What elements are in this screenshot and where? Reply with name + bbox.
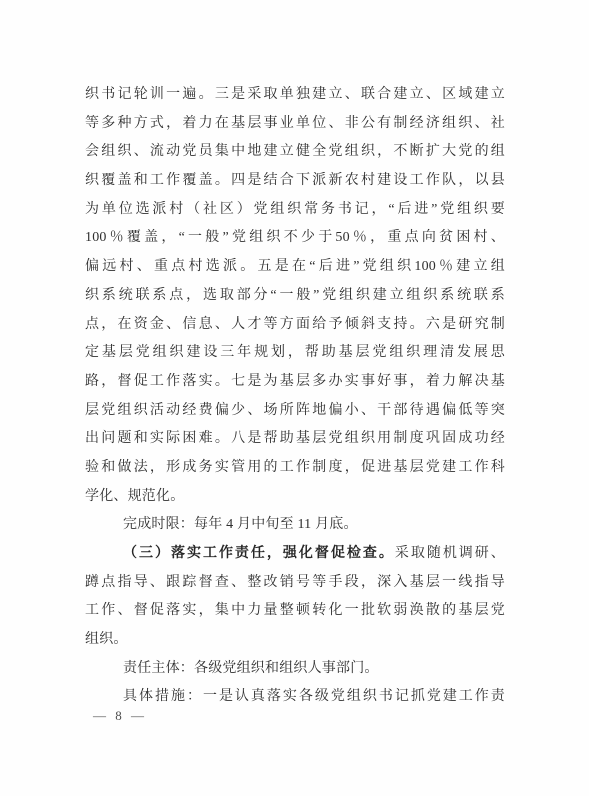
text-line: 100％覆盖，“一般”党组织不少于50％，重点向贫困村、: [85, 224, 505, 253]
text-line: 学化、规范化。: [85, 483, 505, 512]
text-line: 会组织、流动党员集中地建立健全党组织，不断扩大党的组: [85, 138, 505, 167]
text-line: 为单位选派村（社区）党组织常务书记，“后进”党组织要: [85, 196, 505, 225]
text-line: 路，督促工作落实。七是为基层多办实事好事，着力解决基: [85, 368, 505, 397]
specific-measures-line: 具体措施：一是认真落实各级党组织书记抓党建工作责: [85, 683, 505, 712]
completion-deadline-line: 完成时限：每年 4 月中旬至 11 月底。: [85, 511, 505, 540]
text-line: 蹲点指导、跟踪督查、整改销号等手段，深入基层一线指导: [85, 569, 505, 598]
text-line: 组织。: [85, 626, 505, 655]
section-heading: （三）落实工作责任，强化督促检查。: [123, 546, 395, 561]
text-line: 等多种方式，着力在基层事业单位、非公有制经济组织、社: [85, 110, 505, 139]
document-page: 织书记轮训一遍。三是采取单独建立、联合建立、区域建立 等多种方式，着力在基层事业…: [0, 0, 589, 796]
section-heading-rest: 采取随机调研、: [395, 546, 505, 561]
document-body: 织书记轮训一遍。三是采取单独建立、联合建立、区域建立 等多种方式，着力在基层事业…: [85, 81, 505, 712]
text-line: 点，在资金、信息、人才等方面给予倾斜支持。六是研究制: [85, 311, 505, 340]
page-number: — 8 —: [93, 706, 147, 726]
text-line: 验和做法，形成务实管用的工作制度，促进基层党建工作科: [85, 454, 505, 483]
text-line: 织系统联系点，选取部分“一般”党组织建立组织系统联系: [85, 282, 505, 311]
text-line: 出问题和实际困难。八是帮助基层党组织用制度巩固成功经: [85, 425, 505, 454]
text-line: 织覆盖和工作覆盖。四是结合下派新农村建设工作队，以县: [85, 167, 505, 196]
text-line: 工作、督促落实，集中力量整顿转化一批软弱涣散的基层党: [85, 597, 505, 626]
text-line: 定基层党组织建设三年规划，帮助基层党组织理清发展思: [85, 339, 505, 368]
text-line: 织书记轮训一遍。三是采取单独建立、联合建立、区域建立: [85, 81, 505, 110]
responsible-party-line: 责任主体：各级党组织和组织人事部门。: [85, 655, 505, 684]
text-line: 偏远村、重点村选派。五是在“后进”党组织100％建立组: [85, 253, 505, 282]
section-heading-line: （三）落实工作责任，强化督促检查。采取随机调研、: [85, 540, 505, 569]
text-line: 层党组织活动经费偏少、场所阵地偏小、干部待遇偏低等突: [85, 397, 505, 426]
